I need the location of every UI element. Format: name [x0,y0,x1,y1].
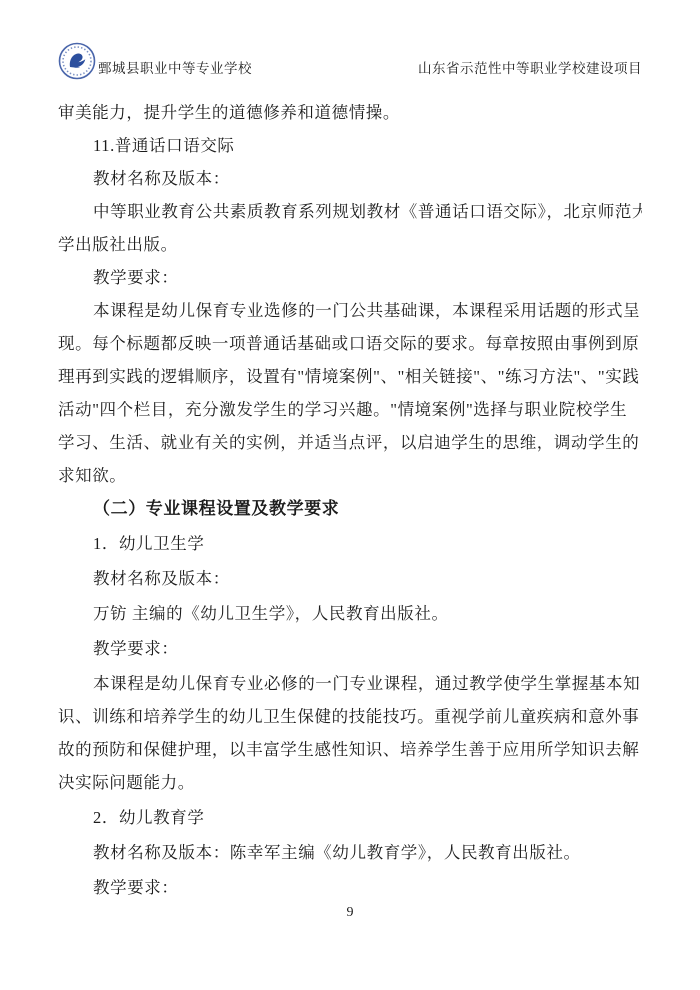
text-line: 教材名称及版本： [58,562,642,595]
paragraph: 教学要求： [58,871,642,904]
paragraph: 教材名称及版本：陈幸军主编《幼儿教育学》，人民教育出版社。 [58,836,642,869]
text-line: 教学要求： [58,871,642,904]
page-header: 鄄城县职业中等专业学校 山东省示范性中等职业学校建设项目 [58,42,642,80]
paragraph: 2．幼儿教育学 [58,801,642,834]
paragraph: 本课程是幼儿保育专业必修的一门专业课程，通过教学使学生掌握基本知识、训练和培养学… [58,667,642,799]
text-line: 本课程是幼儿保育专业必修的一门专业课程，通过教学使学生掌握基本知 [58,667,642,700]
paragraph: 万钫 主编的《幼儿卫生学》，人民教育出版社。 [58,597,642,630]
paragraph: 教材名称及版本： [58,162,642,195]
document-page: 鄄城县职业中等专业学校 山东省示范性中等职业学校建设项目 审美能力，提升学生的道… [0,0,700,990]
text-line: 教材名称及版本：陈幸军主编《幼儿教育学》，人民教育出版社。 [58,836,642,869]
text-line: 求知欲。 [58,459,642,492]
text-line: 现。每个标题都反映一项普通话基础或口语交际的要求。每章按照由事例到原 [58,327,642,360]
text-line: 本课程是幼儿保育专业选修的一门公共基础课，本课程采用话题的形式呈 [58,294,642,327]
section-heading: （二）专业课程设置及教学要求 [58,492,642,525]
text-line: 教材名称及版本： [58,162,642,195]
header-left: 鄄城县职业中等专业学校 [58,42,252,80]
text-line: 学出版社出版。 [58,228,642,261]
paragraph: 教材名称及版本： [58,562,642,595]
text-line: 中等职业教育公共素质教育系列规划教材《普通话口语交际》，北京师范大 [58,195,642,228]
paragraph: 1．幼儿卫生学 [58,527,642,560]
text-line: 理再到实践的逻辑顺序，设置有"情境案例"、"相关链接"、"练习方法"、"实践 [58,360,642,393]
text-line: 万钫 主编的《幼儿卫生学》，人民教育出版社。 [58,597,642,630]
header-project-name: 山东省示范性中等职业学校建设项目 [418,57,642,80]
text-line: 决实际问题能力。 [58,766,642,799]
text-line: 故的预防和保健护理，以丰富学生感性知识、培养学生善于应用所学知识去解 [58,733,642,766]
text-line: 学习、生活、就业有关的实例，并适当点评，以启迪学生的思维，调动学生的 [58,426,642,459]
text-line: 活动"四个栏目，充分激发学生的学习兴趣。"情境案例"选择与职业院校学生 [58,393,642,426]
paragraph: 教学要求： [58,632,642,665]
document-body: 审美能力，提升学生的道德修养和道德情操。11.普通话口语交际教材名称及版本：中等… [58,96,642,904]
paragraph: 11.普通话口语交际 [58,129,642,162]
text-line: （二）专业课程设置及教学要求 [58,492,642,525]
text-line: 1．幼儿卫生学 [58,527,642,560]
text-line: 识、训练和培养学生的幼儿卫生保健的技能技巧。重视学前儿童疾病和意外事 [58,700,642,733]
paragraph: 本课程是幼儿保育专业选修的一门公共基础课，本课程采用话题的形式呈现。每个标题都反… [58,294,642,492]
paragraph: 教学要求： [58,261,642,294]
header-school-name: 鄄城县职业中等专业学校 [98,57,252,80]
paragraph: 中等职业教育公共素质教育系列规划教材《普通话口语交际》，北京师范大学出版社出版。 [58,195,642,261]
page-number: 9 [347,905,354,920]
text-line: 教学要求： [58,632,642,665]
text-line: 审美能力，提升学生的道德修养和道德情操。 [58,96,642,129]
text-line: 2．幼儿教育学 [58,801,642,834]
page-footer: 9 [0,905,700,921]
text-line: 教学要求： [58,261,642,294]
text-line: 11.普通话口语交际 [58,129,642,162]
school-logo-swan-icon [58,42,96,80]
paragraph: 审美能力，提升学生的道德修养和道德情操。 [58,96,642,129]
